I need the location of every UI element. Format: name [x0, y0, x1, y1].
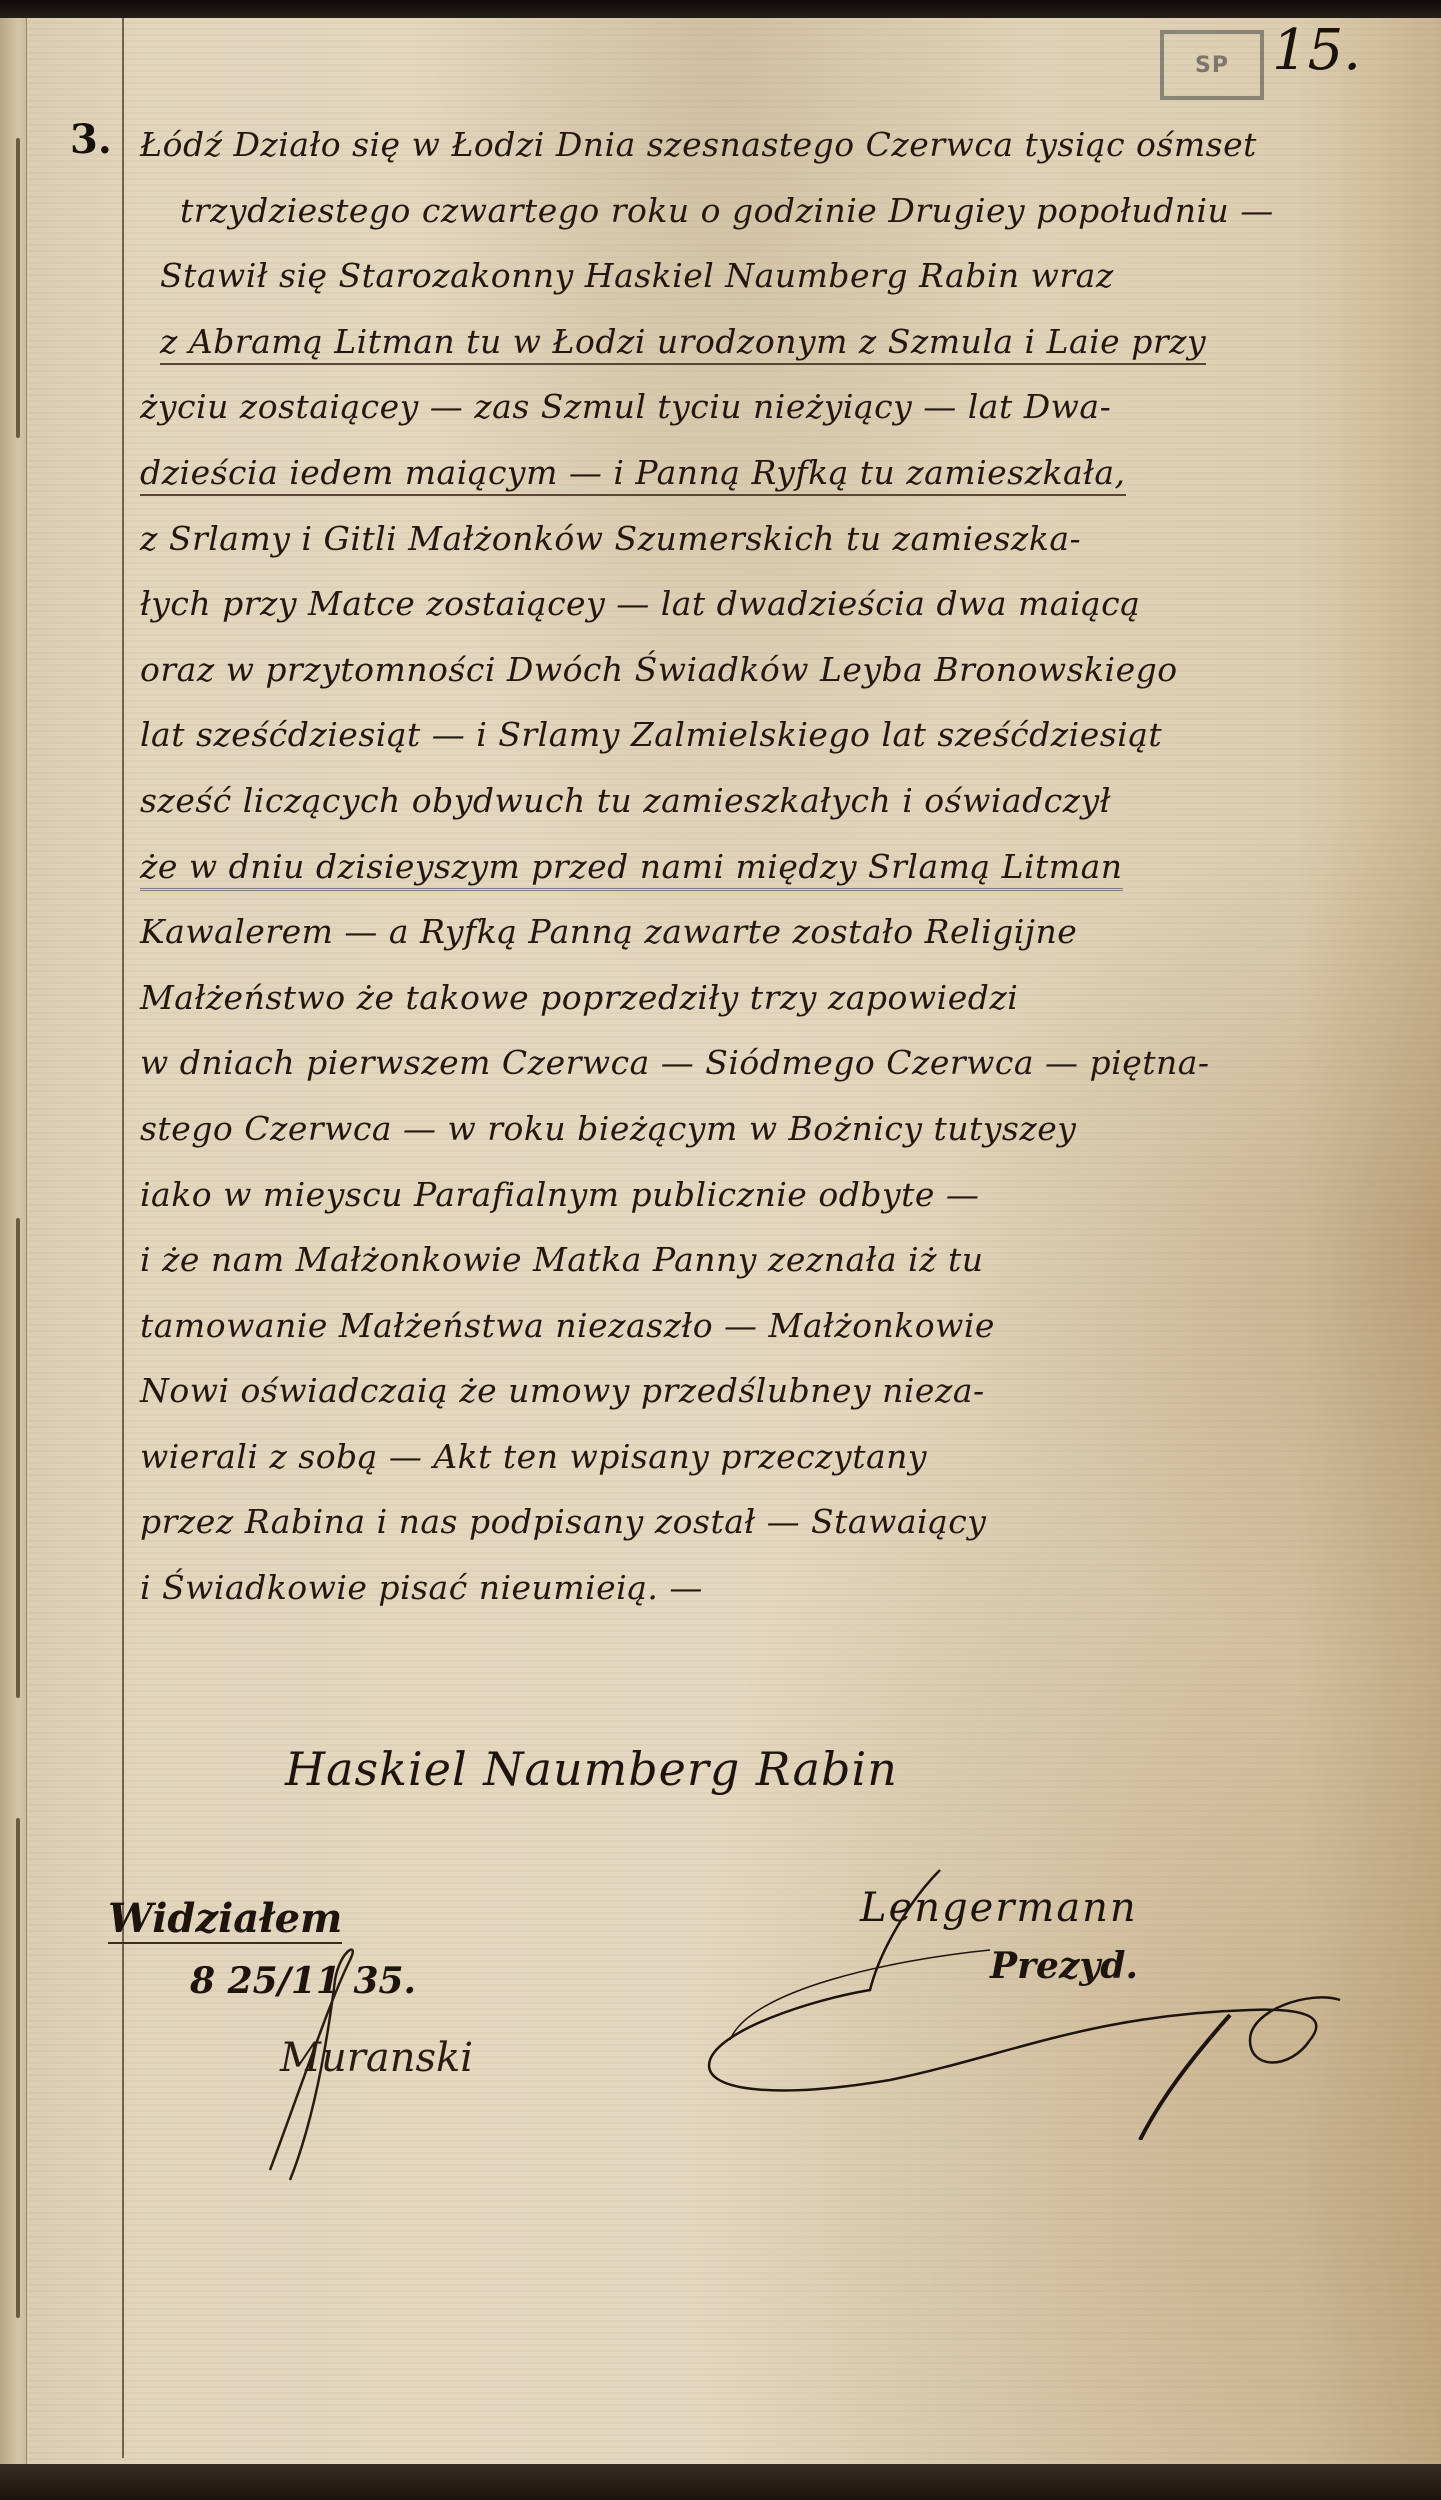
record-line-14: Małżeństwo że takowe poprzedziły trzy za… — [140, 965, 1380, 1031]
record-line-9: oraz w przytomności Dwóch Świadków Leyba… — [140, 637, 1380, 703]
binding-strip — [0, 18, 27, 2466]
record-line-5: życiu zostaiącey — zas Szmul tyciu nieży… — [140, 374, 1380, 440]
binding-thread — [16, 1818, 20, 2318]
underlined-groom-name: z Abramą Litman tu w Łodzi urodzonym z S… — [160, 322, 1206, 365]
record-line-4: z Abramą Litman tu w Łodzi urodzonym z S… — [140, 309, 1380, 375]
record-line-18: i że nam Małżonkowie Matka Panny zeznała… — [140, 1227, 1380, 1293]
record-line-2: trzydziestego czwartego roku o godzinie … — [140, 178, 1380, 244]
rabbi-signature: Haskiel Naumberg Rabin — [285, 1742, 898, 1796]
scan-bottom-edge — [0, 2464, 1441, 2500]
record-line-22: przez Rabina i nas podpisany został — St… — [140, 1489, 1380, 1555]
record-line-6: dzieścia iedem maiącym — i Panną Ryfką t… — [140, 440, 1380, 506]
page-number: 15. — [1272, 18, 1361, 83]
record-line-1: Łódź Działo się w Łodzi Dnia szesnastego… — [140, 112, 1380, 178]
record-line-10: lat sześćdziesiąt — i Srlamy Zalmielskie… — [140, 702, 1380, 768]
record-line-13: Kawalerem — a Ryfką Panną zawarte został… — [140, 899, 1380, 965]
record-line-21: wierali z sobą — Akt ten wpisany przeczy… — [140, 1424, 1380, 1490]
record-line-8: łych przy Matce zostaiącey — lat dwadzie… — [140, 571, 1380, 637]
record-line-16: stego Czerwca — w roku bieżącym w Bożnic… — [140, 1096, 1380, 1162]
record-line-3: Stawił się Starozakonny Haskiel Naumberg… — [140, 243, 1380, 309]
archive-stamp: SP — [1160, 30, 1264, 100]
record-line-19: tamowanie Małżeństwa niezaszło — Małżonk… — [140, 1293, 1380, 1359]
binding-thread — [16, 1218, 20, 1698]
scan-top-edge — [0, 0, 1441, 20]
entry-number: 3. — [70, 116, 112, 163]
record-line-17: iako w mieyscu Parafialnym publicznie od… — [140, 1162, 1380, 1228]
record-line-15: w dniach pierwszem Czerwca — Siódmego Cz… — [140, 1030, 1380, 1096]
registrar-signature: Lengermann — [860, 1885, 1138, 1931]
record-body: Łódź Działo się w Łodzi Dnia szesnastego… — [140, 112, 1380, 1621]
margin-rule — [122, 18, 124, 2458]
record-line-7: z Srlamy i Gitli Małżonków Szumerskich t… — [140, 506, 1380, 572]
record-line-23: i Świadkowie pisać nieumieią. — — [140, 1555, 1380, 1621]
binding-thread — [16, 138, 20, 438]
seen-annotation: Widziałem — [108, 1895, 342, 1944]
official-signature-flourish — [240, 1940, 660, 2190]
registrar-signature-second: Prezyd. — [990, 1945, 1138, 1987]
pencil-underlined-groom: że w dniu dzisieyszym przed nami między … — [140, 847, 1123, 891]
record-line-11: sześć liczących obydwuch tu zamieszkałyc… — [140, 768, 1380, 834]
record-line-12: że w dniu dzisieyszym przed nami między … — [140, 834, 1380, 900]
record-line-20: Nowi oświadczaią że umowy przedślubney n… — [140, 1358, 1380, 1424]
stamp-text: SP — [1195, 53, 1229, 78]
underlined-bride-name: dzieścia iedem maiącym — i Panną Ryfką t… — [140, 453, 1126, 496]
